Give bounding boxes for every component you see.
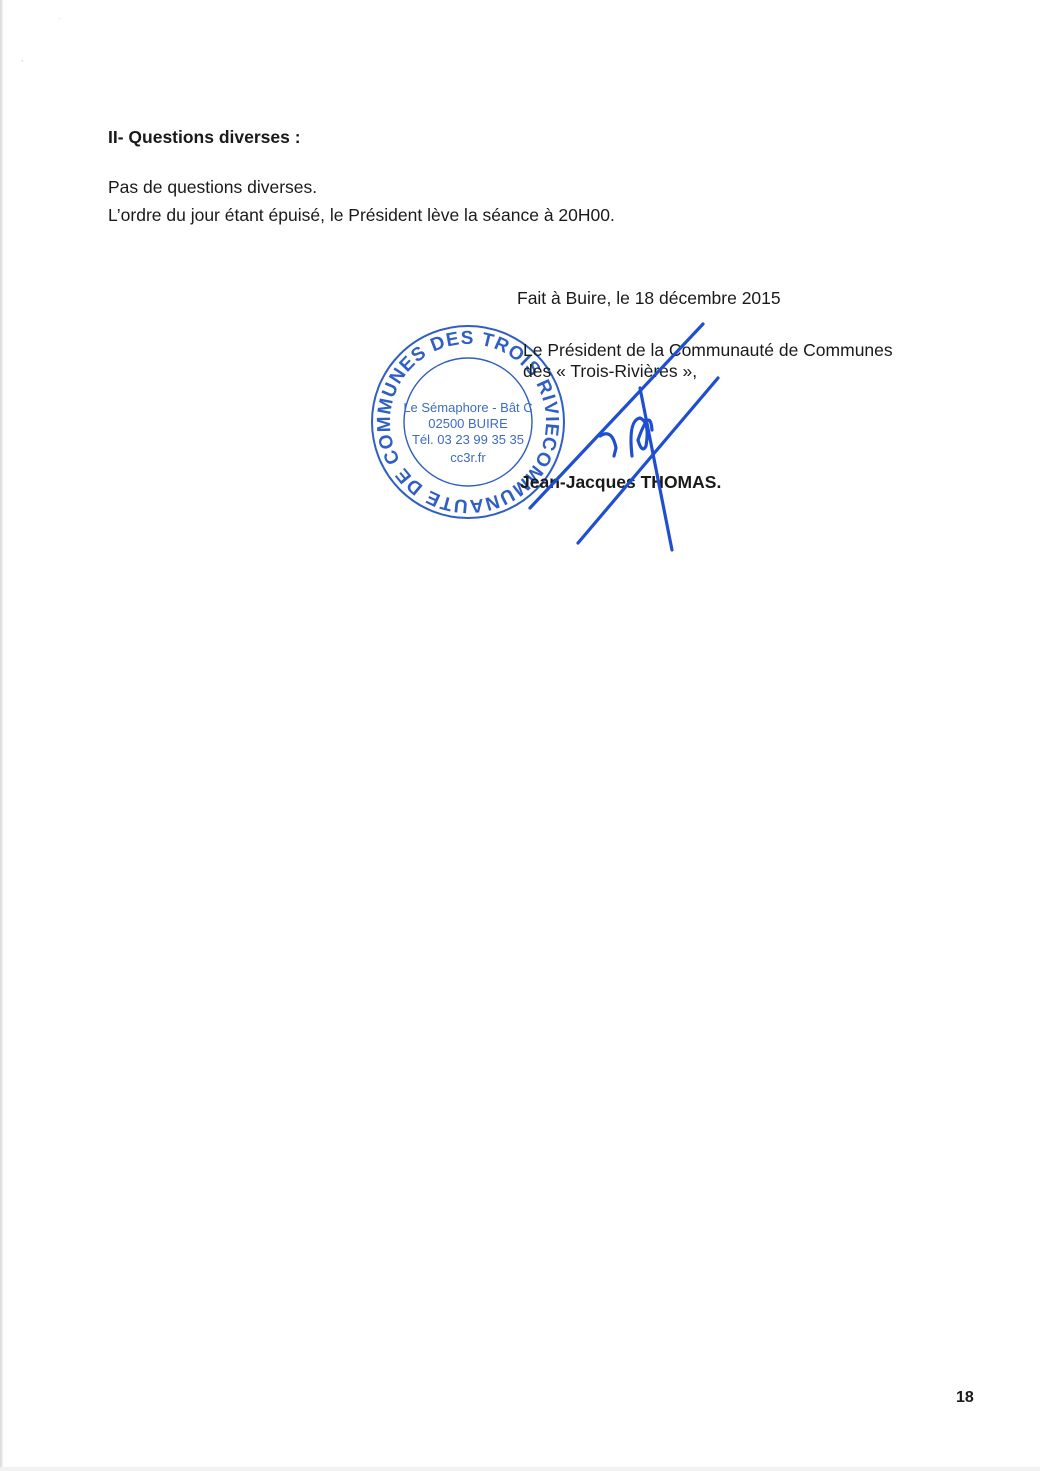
stamp-line-website: cc3r.fr	[450, 450, 486, 465]
paragraph-no-questions: Pas de questions diverses.	[108, 177, 317, 198]
scan-speck: ·	[58, 14, 61, 23]
page-number: 18	[956, 1389, 974, 1407]
handwritten-signature	[500, 310, 760, 560]
scan-left-edge	[0, 0, 3, 1471]
scan-speck: ,	[21, 54, 23, 63]
scan-bottom-edge	[0, 1467, 1040, 1471]
paragraph-closing: L’ordre du jour étant épuisé, le Préside…	[108, 205, 615, 226]
stamp-line-city: 02500 BUIRE	[428, 416, 508, 431]
section-heading: II- Questions diverses :	[108, 127, 301, 148]
place-date: Fait à Buire, le 18 décembre 2015	[517, 288, 781, 309]
